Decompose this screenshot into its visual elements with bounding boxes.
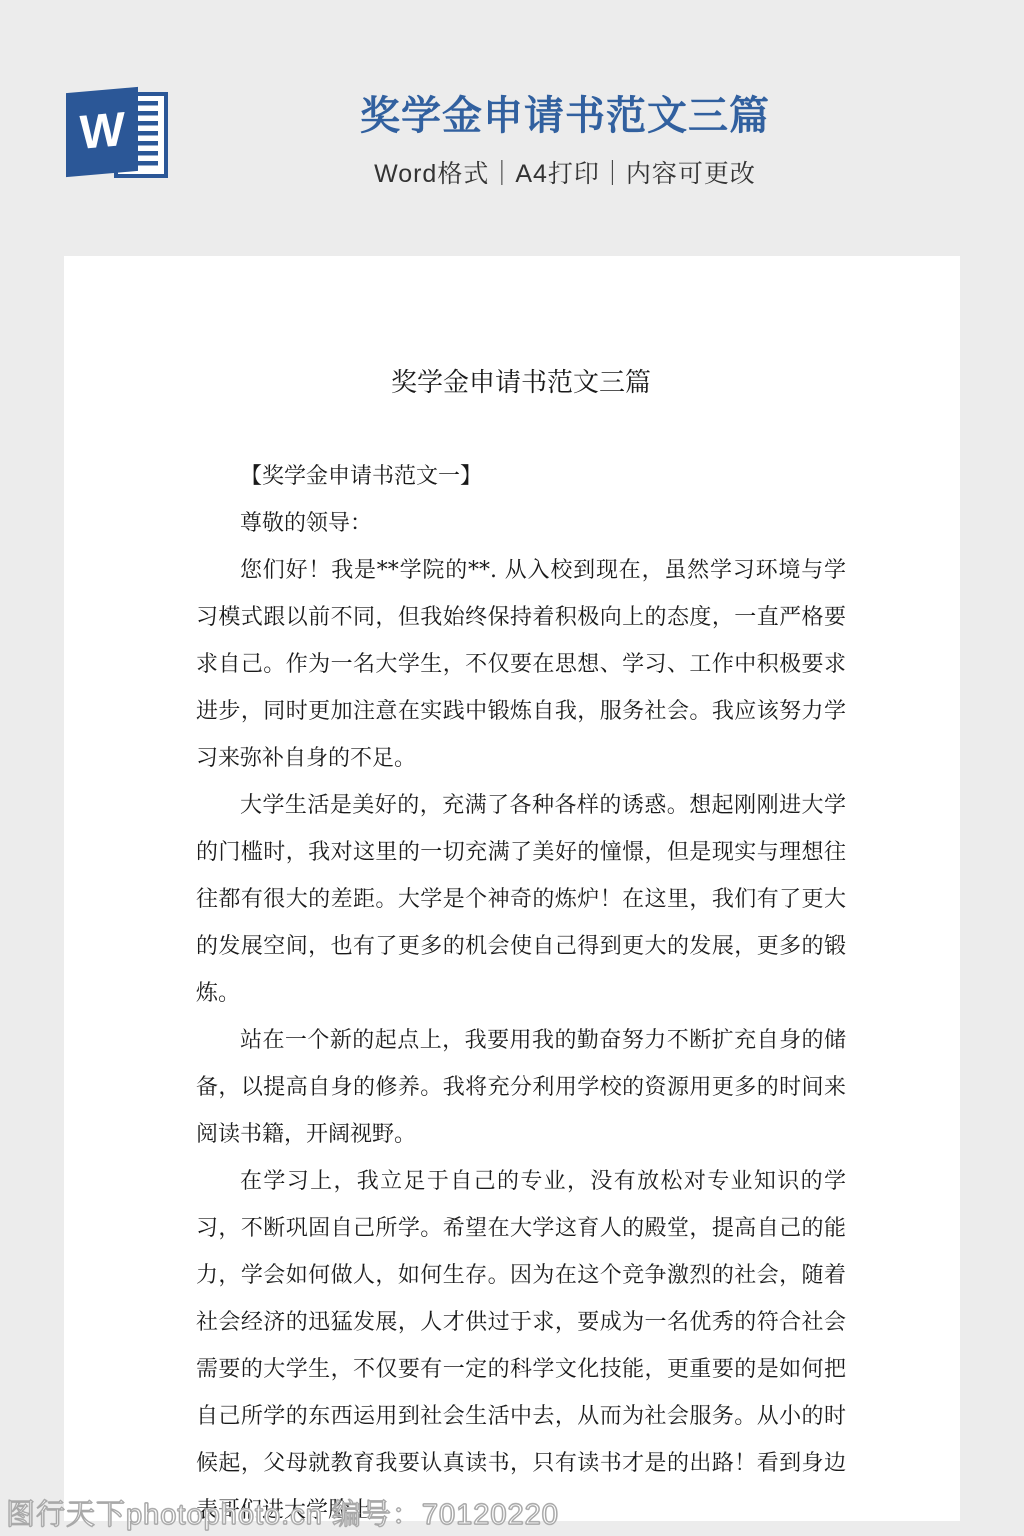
document-body: 【奖学金申请书范文一】尊敬的领导：您们好！我是**学院的**. 从入校到现在，虽… — [196, 453, 846, 1521]
document-page: 奖学金申请书范文三篇 【奖学金申请书范文一】尊敬的领导：您们好！我是**学院的*… — [64, 256, 960, 1521]
header-text-block: 奖学金申请书范文三篇 Word格式｜A4打印｜内容可更改 — [150, 92, 980, 190]
page-header: W 奖学金申请书范文三篇 Word格式｜A4打印｜内容可更改 — [0, 0, 1024, 256]
page-title: 奖学金申请书范文三篇 — [150, 92, 980, 140]
document-paragraph: 尊敬的领导： — [196, 500, 846, 547]
document-paragraph: 站在一个新的起点上，我要用我的勤奋努力不断扩充自身的储备，以提高自身的修养。我将… — [196, 1017, 846, 1158]
watermark-text: 图行天下photophoto.cn 编号：70120220 — [6, 1492, 559, 1533]
document-paragraph: 您们好！我是**学院的**. 从入校到现在，虽然学习环境与学习模式跟以前不同，但… — [196, 547, 846, 782]
word-icon-cover: W — [66, 87, 138, 177]
document-paragraph: 【奖学金申请书范文一】 — [196, 453, 846, 500]
page-subtitle: Word格式｜A4打印｜内容可更改 — [150, 154, 980, 190]
document-paragraph: 大学生活是美好的，充满了各种各样的诱惑。想起刚刚进大学的门槛时，我对这里的一切充… — [196, 782, 846, 1017]
document-title: 奖学金申请书范文三篇 — [196, 360, 846, 407]
word-icon-letter: W — [79, 106, 124, 158]
document-paragraph: 在学习上，我立足于自己的专业，没有放松对专业知识的学习，不断巩固自己所学。希望在… — [196, 1158, 846, 1521]
